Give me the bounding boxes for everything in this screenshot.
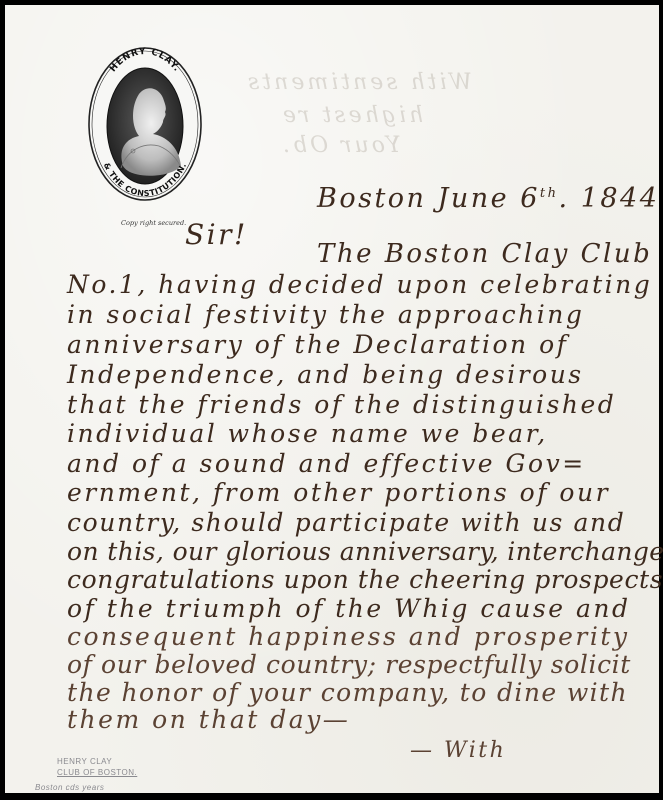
bleed-through-line-3: Your Ob. — [280, 133, 401, 158]
body-line-10: country, should participate with us and — [67, 508, 625, 537]
pencil-note-2: CLUB OF BOSTON. — [57, 768, 137, 777]
dateline-place: Boston — [317, 183, 426, 214]
dateline-year: 1844 — [581, 183, 660, 214]
pencil-note-1: HENRY CLAY — [57, 757, 112, 766]
body-line-14: consequent happiness and prosperity — [67, 622, 630, 651]
body-line-4: anniversary of the Declaration of — [67, 330, 568, 359]
dateline-day: 6 — [520, 183, 540, 214]
body-line-3: in social festivity the approaching — [67, 300, 584, 329]
body-line-2: No.1, having decided upon celebrating — [67, 270, 652, 299]
closing-flourish: — — [410, 738, 444, 763]
copyright-caption: Copy right secured. — [121, 219, 186, 227]
dateline: Boston June 6th. 1844 — [317, 183, 659, 214]
dateline-month: June — [438, 183, 510, 214]
body-line-9: ernment, from other portions of our — [67, 478, 610, 507]
pencil-note-3: Boston cds years — [35, 783, 104, 792]
body-line-5: Independence, and being desirous — [67, 360, 584, 389]
dateline-day-suffix: th — [540, 186, 559, 201]
bleed-through-line-1: With sentiments — [245, 70, 472, 95]
henry-clay-portrait-vignette: HENRY CLAY. & THE CONSTITUTION. — [87, 46, 203, 203]
body-line-16: the honor of your company, to dine with — [67, 678, 628, 707]
body-line-7: individual whose name we bear, — [67, 419, 548, 448]
body-line-12: congratulations upon the cheering prospe… — [67, 565, 663, 594]
letter-paper: With sentiments highest re Your Ob. — [5, 5, 659, 793]
closing: — With — [410, 738, 506, 763]
body-line-15: of our beloved country; respectfully sol… — [67, 650, 631, 679]
portrait-oval-icon: HENRY CLAY. & THE CONSTITUTION. — [87, 46, 203, 203]
body-line-6: that the friends of the distinguished — [67, 390, 616, 419]
body-line-1: The Boston Clay Club — [317, 239, 652, 269]
body-line-11: on this, our glorious anniversary, inter… — [67, 537, 663, 566]
body-line-8: and of a sound and effective Gov= — [67, 449, 586, 478]
body-line-13: of the triumph of the Whig cause and — [67, 594, 630, 623]
salutation: Sir! — [185, 218, 248, 251]
body-line-17: them on that day— — [67, 705, 350, 734]
bleed-through-line-2: highest re — [280, 103, 423, 128]
closing-word: With — [444, 738, 506, 763]
